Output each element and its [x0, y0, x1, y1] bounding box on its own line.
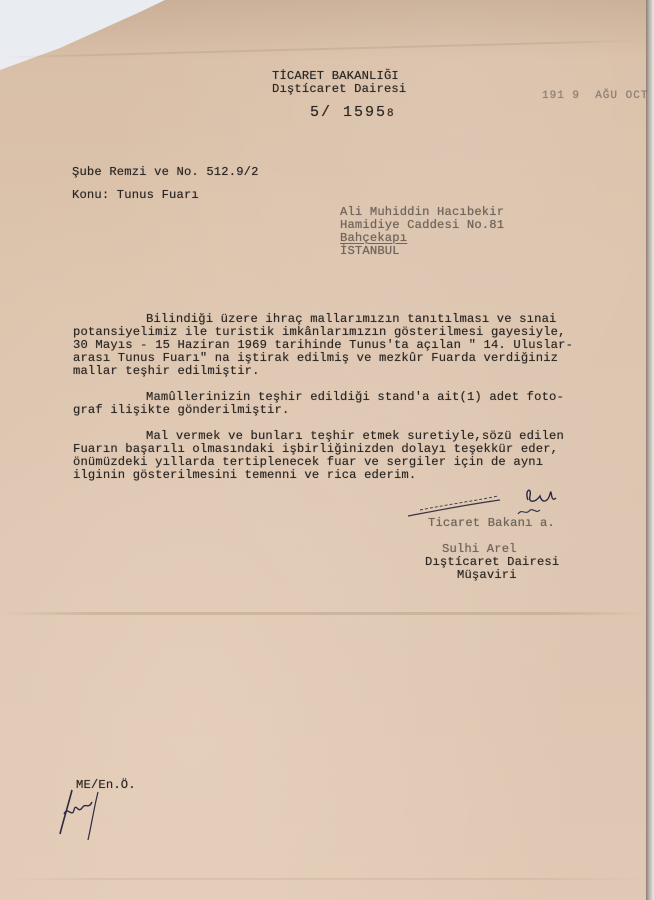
paper-crease [0, 878, 646, 880]
paper-right-edge [646, 0, 654, 900]
reference-number-main: 5/ 1595 [310, 104, 387, 121]
recipient-city: İSTANBUL [340, 245, 400, 258]
branch-code: Şube Remzi ve No. 512.9/2 [72, 166, 259, 179]
signatory-title: Müşaviri [457, 569, 517, 582]
received-date-stamp: 191 9 AĞU OCT 1969 [542, 90, 654, 103]
paper-fold-line [0, 612, 646, 615]
subject-line: Konu: Tunus Fuarı [72, 189, 199, 202]
signature-on-behalf: Ticaret Bakanı a. [428, 517, 555, 530]
reference-number-suffix: 8 [387, 108, 396, 120]
body-line: graf ilişikte gönderilmiştir. [73, 404, 289, 417]
letterhead-department: Dıştícaret Dairesi [272, 83, 406, 96]
body-line: mallar teşhir edilmiştir. [73, 365, 260, 378]
reference-number: 5/ 15958 [310, 106, 396, 121]
body-line: ilginin gösterilmesini temenni ve rica e… [73, 469, 416, 482]
initials-signature [58, 788, 108, 848]
